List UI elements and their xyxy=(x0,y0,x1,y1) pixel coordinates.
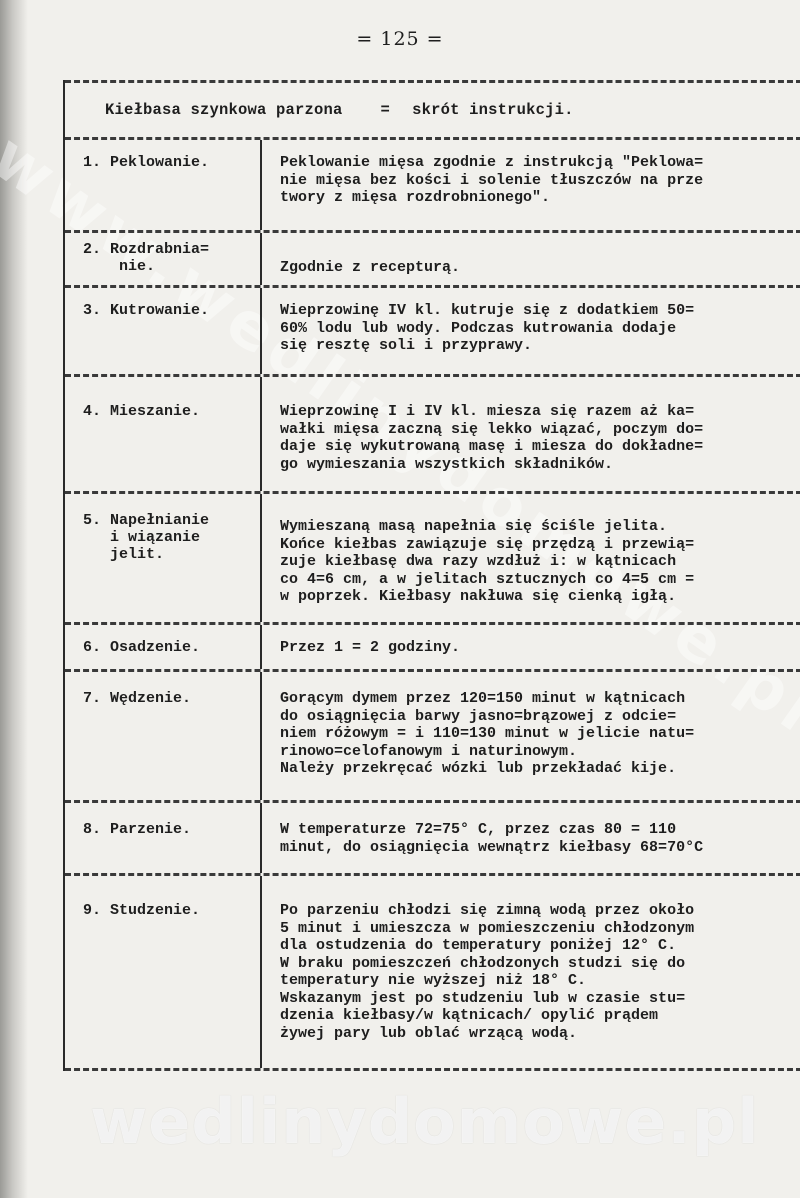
step-label: 4. Mieszanie. xyxy=(65,377,260,491)
table-title-suffix: skrót instrukcji. xyxy=(412,101,574,119)
step-label: 6. Osadzenie. xyxy=(65,625,260,669)
step-label: 5. Napełnianie i wiązanie jelit. xyxy=(65,494,260,622)
table-row-parzenie: 8. Parzenie. W temperaturze 72=75° C, pr… xyxy=(65,803,800,873)
step-description: Po parzeniu chłodzi się zimną wodą przez… xyxy=(260,876,800,1068)
table-row-peklowanie: 1. Peklowanie. Peklowanie mięsa zgodnie … xyxy=(65,140,800,230)
step-label: 2. Rozdrabnia= nie. xyxy=(65,233,260,285)
step-description: Wieprzowinę IV kl. kutruje się z dodatki… xyxy=(260,288,800,374)
instruction-table: Kiełbasa szynkowa parzona = skrót instru… xyxy=(63,80,800,1071)
table-row-studzenie: 9. Studzenie. Po parzeniu chłodzi się zi… xyxy=(65,876,800,1068)
table-title-separator: = xyxy=(381,101,391,119)
step-description: Gorącym dymem przez 120=150 minut w kątn… xyxy=(260,672,800,800)
table-row-osadzenie: 6. Osadzenie. Przez 1 = 2 godziny. xyxy=(65,625,800,669)
step-description: W temperaturze 72=75° C, przez czas 80 =… xyxy=(260,803,800,873)
table-row-mieszanie: 4. Mieszanie. Wieprzowinę I i IV kl. mie… xyxy=(65,377,800,491)
table-row-rozdrabnianie: 2. Rozdrabnia= nie. Zgodnie z recepturą. xyxy=(65,233,800,285)
table-row-napelnianie: 5. Napełnianie i wiązanie jelit. Wymiesz… xyxy=(65,494,800,622)
step-description: Wieprzowinę I i IV kl. miesza się razem … xyxy=(260,377,800,491)
table-title: Kiełbasa szynkowa parzona = skrót instru… xyxy=(65,83,800,137)
step-label: 9. Studzenie. xyxy=(65,876,260,1068)
table-title-main: Kiełbasa szynkowa parzona xyxy=(105,101,343,119)
page-number: = 125 = xyxy=(0,28,800,50)
table-border-bottom xyxy=(65,1068,800,1071)
step-label: 8. Parzenie. xyxy=(65,803,260,873)
table-row-wedzenie: 7. Wędzenie. Gorącym dymem przez 120=150… xyxy=(65,672,800,800)
step-description: Wymieszaną masą napełnia się ściśle jeli… xyxy=(260,494,800,622)
step-label: 3. Kutrowanie. xyxy=(65,288,260,374)
step-description: Zgodnie z recepturą. xyxy=(260,233,800,285)
table-row-kutrowanie: 3. Kutrowanie. Wieprzowinę IV kl. kutruj… xyxy=(65,288,800,374)
step-description: Przez 1 = 2 godziny. xyxy=(260,625,800,669)
step-label: 1. Peklowanie. xyxy=(65,140,260,230)
step-label: 7. Wędzenie. xyxy=(65,672,260,800)
step-description: Peklowanie mięsa zgodnie z instrukcją "P… xyxy=(260,140,800,230)
site-watermark: wedlinydomowe.pl xyxy=(90,1085,730,1158)
